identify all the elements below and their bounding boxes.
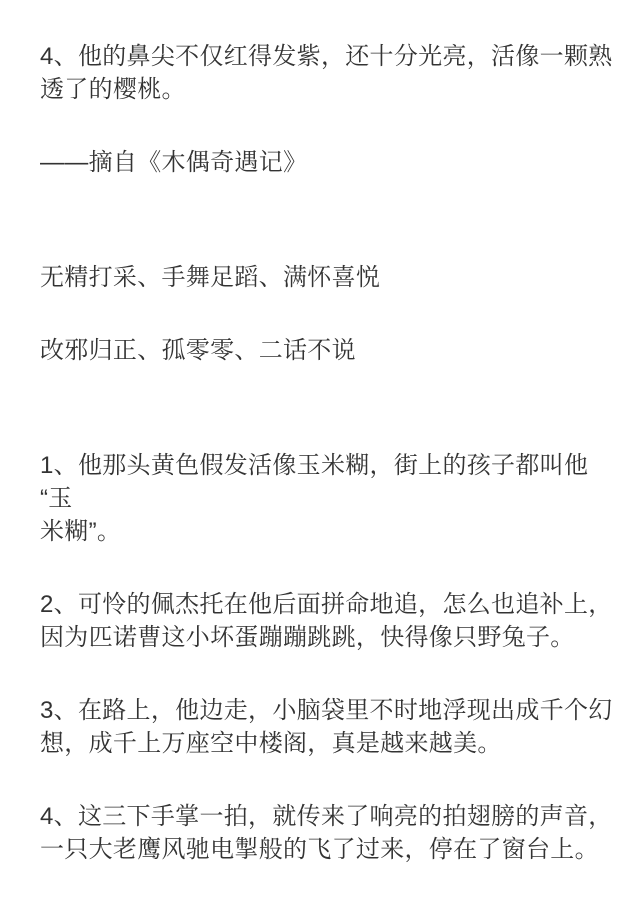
paragraph-excerpt-answer: 4、他的鼻尖不仅红得发紫，还十分光亮，活像一颗熟 透了的樱桃。 [40,40,614,106]
paragraph-word-list-2: 改邪归正、孤零零、二话不说 [40,334,614,367]
paragraph-source-attribution: ——摘自《木偶奇遇记》 [40,146,614,179]
paragraph-word-list-1: 无精打采、手舞足蹈、满怀喜悦 [40,261,614,294]
paragraph-sentence-2: 2、可怜的佩杰托在他后面拼命地追，怎么也追补上， 因为匹诺曹这小坏蛋蹦蹦跳跳，快… [40,588,614,654]
paragraph-sentence-1: 1、他那头黄色假发活像玉米糊，街上的孩子都叫他“玉 米糊”。 [40,449,614,548]
document-page: 4、他的鼻尖不仅红得发紫，还十分光亮，活像一颗熟 透了的樱桃。 ——摘自《木偶奇… [0,0,640,905]
document-body: 4、他的鼻尖不仅红得发紫，还十分光亮，活像一颗熟 透了的樱桃。 ——摘自《木偶奇… [40,40,614,866]
paragraph-sentence-4: 4、这三下手掌一拍，就传来了响亮的拍翅膀的声音， 一只大老鹰风驰电掣般的飞了过来… [40,800,614,866]
paragraph-sentence-3: 3、在路上，他边走，小脑袋里不时地浮现出成千个幻 想，成千上万座空中楼阁，真是越… [40,694,614,760]
